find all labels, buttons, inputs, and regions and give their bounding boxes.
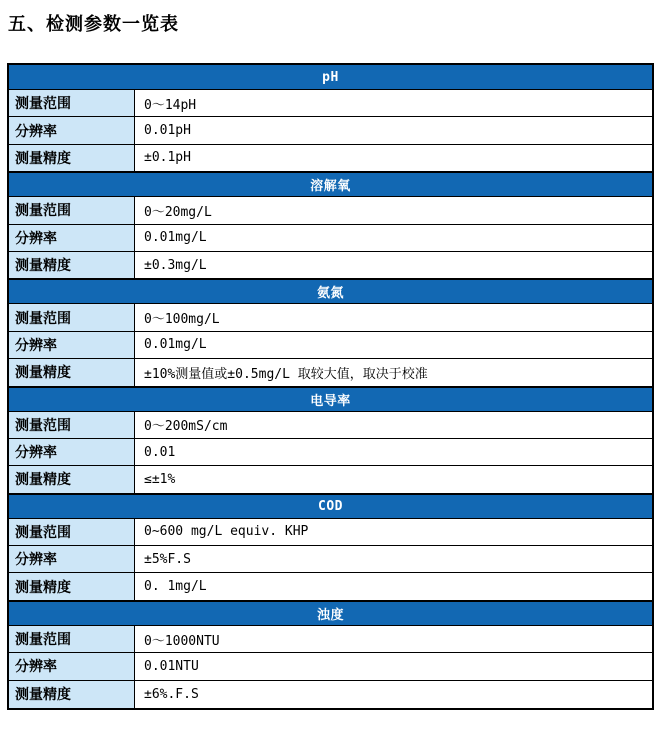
- table-row: 测量范围 0～1000NTU: [9, 626, 652, 653]
- row-label-resolution: 分辨率: [9, 117, 135, 143]
- row-value-resolution: 0.01: [135, 439, 652, 465]
- row-value-resolution: 0.01NTU: [135, 653, 652, 679]
- row-label-resolution: 分辨率: [9, 439, 135, 465]
- row-label-resolution: 分辨率: [9, 546, 135, 572]
- section-header: COD: [9, 494, 652, 519]
- row-label-range: 测量范围: [9, 304, 135, 330]
- row-value-range: 0～1000NTU: [135, 626, 652, 652]
- table-row: 分辨率 0.01pH: [9, 117, 652, 144]
- section-header: pH: [9, 65, 652, 90]
- row-label-resolution: 分辨率: [9, 225, 135, 251]
- row-label-accuracy: 测量精度: [9, 681, 135, 708]
- row-label-range: 测量范围: [9, 90, 135, 116]
- row-value-range: 0～100mg/L: [135, 304, 652, 330]
- row-label-resolution: 分辨率: [9, 653, 135, 679]
- table-row: 测量范围 0～100mg/L: [9, 304, 652, 331]
- row-label-range: 测量范围: [9, 197, 135, 223]
- section-header: 溶解氧: [9, 172, 652, 197]
- table-row: 测量范围 0～200mS/cm: [9, 412, 652, 439]
- table-row: 测量精度 ±6%.F.S: [9, 681, 652, 708]
- row-value-accuracy: 0. 1mg/L: [135, 573, 652, 599]
- row-value-range: 0～200mS/cm: [135, 412, 652, 438]
- table-row: 测量精度 0. 1mg/L: [9, 573, 652, 600]
- row-value-accuracy: ±0.3mg/L: [135, 252, 652, 278]
- table-row: 分辨率 0.01: [9, 439, 652, 466]
- row-value-resolution: ±5%F.S: [135, 546, 652, 572]
- table-row: 测量精度 ±0.3mg/L: [9, 252, 652, 279]
- row-label-range: 测量范围: [9, 519, 135, 545]
- row-label-accuracy: 测量精度: [9, 359, 135, 385]
- table-row: 分辨率 0.01mg/L: [9, 332, 652, 359]
- section-conductivity: 电导率 测量范围 0～200mS/cm 分辨率 0.01 测量精度 ≤±1%: [9, 387, 652, 494]
- row-label-resolution: 分辨率: [9, 332, 135, 358]
- section-turbidity: 浊度 测量范围 0～1000NTU 分辨率 0.01NTU 测量精度 ±6%.F…: [9, 601, 652, 708]
- table-row: 测量精度 ≤±1%: [9, 466, 652, 493]
- parameter-table: pH 测量范围 0～14pH 分辨率 0.01pH 测量精度 ±0.1pH 溶解…: [7, 63, 654, 710]
- table-row: 分辨率 0.01mg/L: [9, 225, 652, 252]
- row-label-accuracy: 测量精度: [9, 466, 135, 492]
- table-row: 测量范围 0～20mg/L: [9, 197, 652, 224]
- table-row: 测量精度 ±0.1pH: [9, 145, 652, 172]
- row-value-accuracy: ±10%测量值或±0.5mg/L 取较大值，取决于校准: [135, 359, 652, 385]
- section-ph: pH 测量范围 0～14pH 分辨率 0.01pH 测量精度 ±0.1pH: [9, 65, 652, 172]
- row-value-range: 0～14pH: [135, 90, 652, 116]
- section-title: 电导率: [310, 390, 351, 409]
- row-value-accuracy: ±0.1pH: [135, 145, 652, 171]
- section-header: 浊度: [9, 601, 652, 626]
- table-row: 测量范围 0~600 mg/L equiv. KHP: [9, 519, 652, 546]
- row-value-resolution: 0.01mg/L: [135, 332, 652, 358]
- page-title: 五、检测参数一览表: [8, 10, 179, 36]
- row-label-accuracy: 测量精度: [9, 252, 135, 278]
- document-page: 五、检测参数一览表 pH 测量范围 0～14pH 分辨率 0.01pH 测量精度…: [0, 0, 661, 740]
- section-title: 氨氮: [317, 282, 344, 301]
- row-label-accuracy: 测量精度: [9, 573, 135, 599]
- section-dissolved-oxygen: 溶解氧 测量范围 0～20mg/L 分辨率 0.01mg/L 测量精度 ±0.3…: [9, 172, 652, 279]
- row-label-range: 测量范围: [9, 412, 135, 438]
- row-value-range: 0~600 mg/L equiv. KHP: [135, 519, 652, 545]
- section-title: COD: [318, 499, 343, 514]
- row-value-accuracy: ±6%.F.S: [135, 681, 652, 708]
- section-title: 溶解氧: [310, 175, 351, 194]
- section-title: 浊度: [317, 604, 344, 623]
- row-label-accuracy: 测量精度: [9, 145, 135, 171]
- section-cod: COD 测量范围 0~600 mg/L equiv. KHP 分辨率 ±5%F.…: [9, 494, 652, 601]
- table-row: 测量范围 0～14pH: [9, 90, 652, 117]
- section-header: 氨氮: [9, 279, 652, 304]
- section-header: 电导率: [9, 387, 652, 412]
- table-row: 分辨率 ±5%F.S: [9, 546, 652, 573]
- row-value-resolution: 0.01pH: [135, 117, 652, 143]
- row-label-range: 测量范围: [9, 626, 135, 652]
- row-value-range: 0～20mg/L: [135, 197, 652, 223]
- section-ammonia-nitrogen: 氨氮 测量范围 0～100mg/L 分辨率 0.01mg/L 测量精度 ±10%…: [9, 279, 652, 386]
- row-value-accuracy: ≤±1%: [135, 466, 652, 492]
- row-value-resolution: 0.01mg/L: [135, 225, 652, 251]
- section-title: pH: [322, 70, 339, 85]
- table-row: 测量精度 ±10%测量值或±0.5mg/L 取较大值，取决于校准: [9, 359, 652, 386]
- table-row: 分辨率 0.01NTU: [9, 653, 652, 680]
